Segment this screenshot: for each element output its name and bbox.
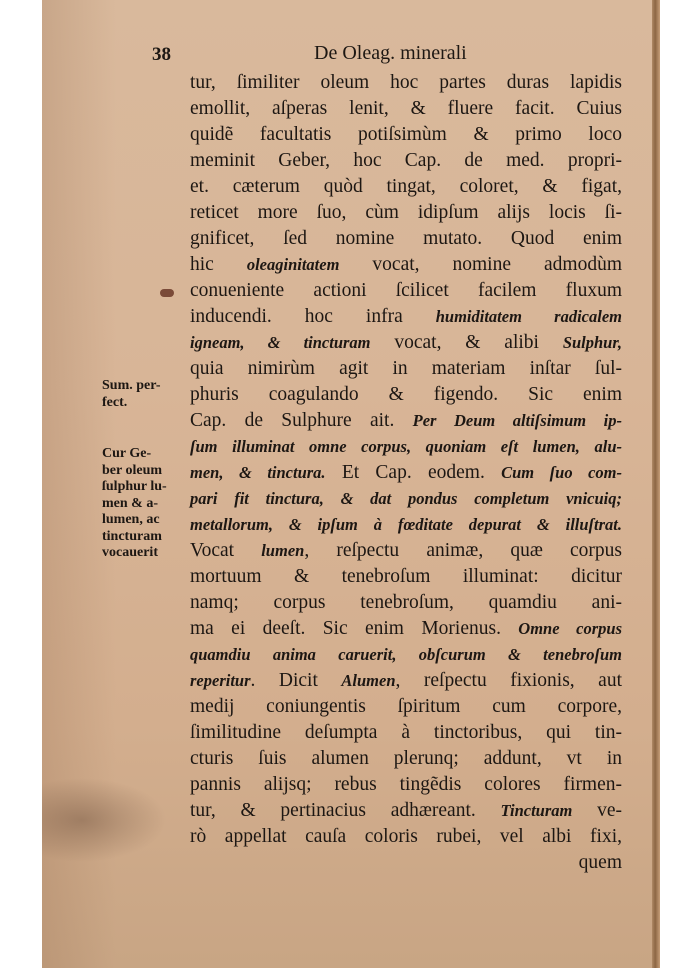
marginal-note-line: ber oleum bbox=[102, 463, 167, 480]
text-run: Cap. de Sulphure ait. bbox=[190, 410, 413, 431]
marginal-note-line: ſulphur lu- bbox=[102, 479, 167, 496]
text-run: quia nimirùm agit in materiam inſtar ſul… bbox=[190, 358, 622, 379]
text-run: , reſpectu fixionis, aut bbox=[396, 670, 622, 691]
text-run: cturis ſuis alumen plerunq; addunt, vt i… bbox=[190, 748, 622, 769]
text-line: namq; corpus tenebroſum, quamdiu ani- bbox=[190, 590, 622, 616]
text-line: tur, & pertinacius adhæreant. Tincturam … bbox=[190, 798, 622, 824]
text-run: tur, ſimiliter oleum hoc partes duras la… bbox=[190, 72, 622, 93]
text-line: quidẽ facultatis potiſsimùm & primo loco bbox=[190, 122, 622, 148]
text-line: mortuum & tenebroſum illuminat: dicitur bbox=[190, 564, 622, 590]
text-run: quem bbox=[579, 852, 622, 873]
running-title: De Oleag. minerali bbox=[314, 42, 467, 65]
text-run: meminit Geber, hoc Cap. de med. propri- bbox=[190, 150, 622, 171]
ink-blot-mark bbox=[160, 289, 174, 297]
marginal-note-line: tincturam bbox=[102, 529, 167, 546]
text-line: quamdiu anima caruerit, obſcurum & teneb… bbox=[190, 642, 622, 668]
text-line: meminit Geber, hoc Cap. de med. propri- bbox=[190, 148, 622, 174]
text-run: hic bbox=[190, 254, 247, 275]
marginal-note-line: men & a- bbox=[102, 496, 167, 513]
marginal-note-line: vocauerit bbox=[102, 545, 167, 562]
text-run: ve- bbox=[572, 800, 622, 821]
text-line: cturis ſuis alumen plerunq; addunt, vt i… bbox=[190, 746, 622, 772]
text-run: rò appellat cauſa coloris rubei, vel alb… bbox=[190, 826, 622, 847]
text-line: igneam, & tincturam vocat, & alibi Sulph… bbox=[190, 330, 622, 356]
text-line: hic oleaginitatem vocat, nomine admodùm bbox=[190, 252, 622, 278]
italic-quote: oleaginitatem bbox=[247, 255, 340, 274]
text-line: ma ei deeſt. Sic enim Morienus. Omne cor… bbox=[190, 616, 622, 642]
text-run: . Dicit bbox=[251, 670, 342, 691]
italic-quote: ſum illuminat omne corpus, quoniam eſt l… bbox=[190, 437, 622, 456]
marginal-note-line: lumen, ac bbox=[102, 512, 167, 529]
text-run: namq; corpus tenebroſum, quamdiu ani- bbox=[190, 592, 622, 613]
page-number: 38 bbox=[152, 44, 171, 66]
text-line: et. cæterum quòd tingat, coloret, & figa… bbox=[190, 174, 622, 200]
text-run: quidẽ facultatis potiſsimùm & primo loco bbox=[190, 124, 622, 145]
text-line: reperitur. Dicit Alumen, reſpectu fixion… bbox=[190, 668, 622, 694]
text-run: et. cæterum quòd tingat, coloret, & figa… bbox=[190, 176, 622, 197]
text-run: emollit, aſperas lenit, & fluere facit. … bbox=[190, 98, 622, 119]
text-line: emollit, aſperas lenit, & fluere facit. … bbox=[190, 96, 622, 122]
text-line: pari fit tinctura, & dat pondus completu… bbox=[190, 486, 622, 512]
text-run: Et Cap. eodem. bbox=[326, 462, 502, 483]
text-run: medij coniungentis ſpiritum cum corpore, bbox=[190, 696, 622, 717]
text-run: ſimilitudine deſumpta à tinctoribus, qui… bbox=[190, 722, 622, 743]
text-line: Vocat lumen, reſpectu animæ, quæ corpus bbox=[190, 538, 622, 564]
text-line: ſimilitudine deſumpta à tinctoribus, qui… bbox=[190, 720, 622, 746]
text-line: metallorum, & ipſum à fœditate depurat &… bbox=[190, 512, 622, 538]
text-line: quia nimirùm agit in materiam inſtar ſul… bbox=[190, 356, 622, 382]
text-run: mortuum & tenebroſum illuminat: dicitur bbox=[190, 566, 622, 587]
text-run: tur, & pertinacius adhæreant. bbox=[190, 800, 501, 821]
text-line: conueniente actioni ſcilicet facilem flu… bbox=[190, 278, 622, 304]
marginal-note-sum-perfect: Sum. per-fect. bbox=[102, 378, 161, 411]
italic-quote: men, & tinctura. bbox=[190, 463, 326, 482]
italic-quote: quamdiu anima caruerit, obſcurum & teneb… bbox=[190, 645, 622, 664]
italic-quote: Tincturam bbox=[501, 801, 573, 820]
text-run: pannis alijsq; rebus tingẽdis colores fi… bbox=[190, 774, 622, 795]
italic-quote: Omne corpus bbox=[518, 619, 622, 638]
text-line: reticet more ſuo, cùm idipſum alijs loci… bbox=[190, 200, 622, 226]
text-run: phuris coagulando & figendo. Sic enim bbox=[190, 384, 622, 405]
marginal-note-cur-geber: Cur Ge-ber oleumſulphur lu-men & a-lumen… bbox=[102, 446, 167, 562]
text-run: , reſpectu animæ, quæ corpus bbox=[304, 540, 622, 561]
marginal-note-line: Cur Ge- bbox=[102, 446, 167, 463]
text-run: inducendi. hoc infra bbox=[190, 306, 436, 327]
text-line: medij coniungentis ſpiritum cum corpore, bbox=[190, 694, 622, 720]
italic-quote: lumen bbox=[261, 541, 304, 560]
text-run: conueniente actioni ſcilicet facilem flu… bbox=[190, 280, 622, 301]
text-run: Vocat bbox=[190, 540, 261, 561]
text-line: phuris coagulando & figendo. Sic enim bbox=[190, 382, 622, 408]
italic-quote: reperitur bbox=[190, 671, 251, 690]
page-header: 38 De Oleag. minerali bbox=[150, 40, 610, 70]
text-line: rò appellat cauſa coloris rubei, vel alb… bbox=[190, 824, 622, 850]
text-line: quem bbox=[190, 850, 622, 876]
italic-quote: Cum ſuo com- bbox=[501, 463, 622, 482]
text-line: tur, ſimiliter oleum hoc partes duras la… bbox=[190, 70, 622, 96]
text-line: gnificet, ſed nomine mutato. Quod enim bbox=[190, 226, 622, 252]
italic-quote: Per Deum altiſsimum ip- bbox=[413, 411, 622, 430]
marginal-note-line: fect. bbox=[102, 395, 161, 412]
text-line: ſum illuminat omne corpus, quoniam eſt l… bbox=[190, 434, 622, 460]
text-run: vocat, & alibi bbox=[371, 332, 563, 353]
italic-quote: Sulphur, bbox=[563, 333, 622, 352]
text-run: reticet more ſuo, cùm idipſum alijs loci… bbox=[190, 202, 622, 223]
page-edge-shadow bbox=[652, 0, 660, 968]
italic-quote: pari fit tinctura, & dat pondus completu… bbox=[190, 489, 622, 508]
italic-quote: metallorum, & ipſum à fœditate depurat &… bbox=[190, 515, 622, 534]
text-line: inducendi. hoc infra humiditatem radical… bbox=[190, 304, 622, 330]
text-run: ma ei deeſt. Sic enim Morienus. bbox=[190, 618, 518, 639]
text-line: men, & tinctura. Et Cap. eodem. Cum ſuo … bbox=[190, 460, 622, 486]
text-line: pannis alijsq; rebus tingẽdis colores fi… bbox=[190, 772, 622, 798]
marginal-note-line: Sum. per- bbox=[102, 378, 161, 395]
text-run: vocat, nomine admodùm bbox=[339, 254, 622, 275]
text-line: Cap. de Sulphure ait. Per Deum altiſsimu… bbox=[190, 408, 622, 434]
text-run: gnificet, ſed nomine mutato. Quod enim bbox=[190, 228, 622, 249]
italic-quote: igneam, & tincturam bbox=[190, 333, 371, 352]
italic-quote: humiditatem radicalem bbox=[436, 307, 622, 326]
italic-quote: Alumen bbox=[341, 671, 395, 690]
